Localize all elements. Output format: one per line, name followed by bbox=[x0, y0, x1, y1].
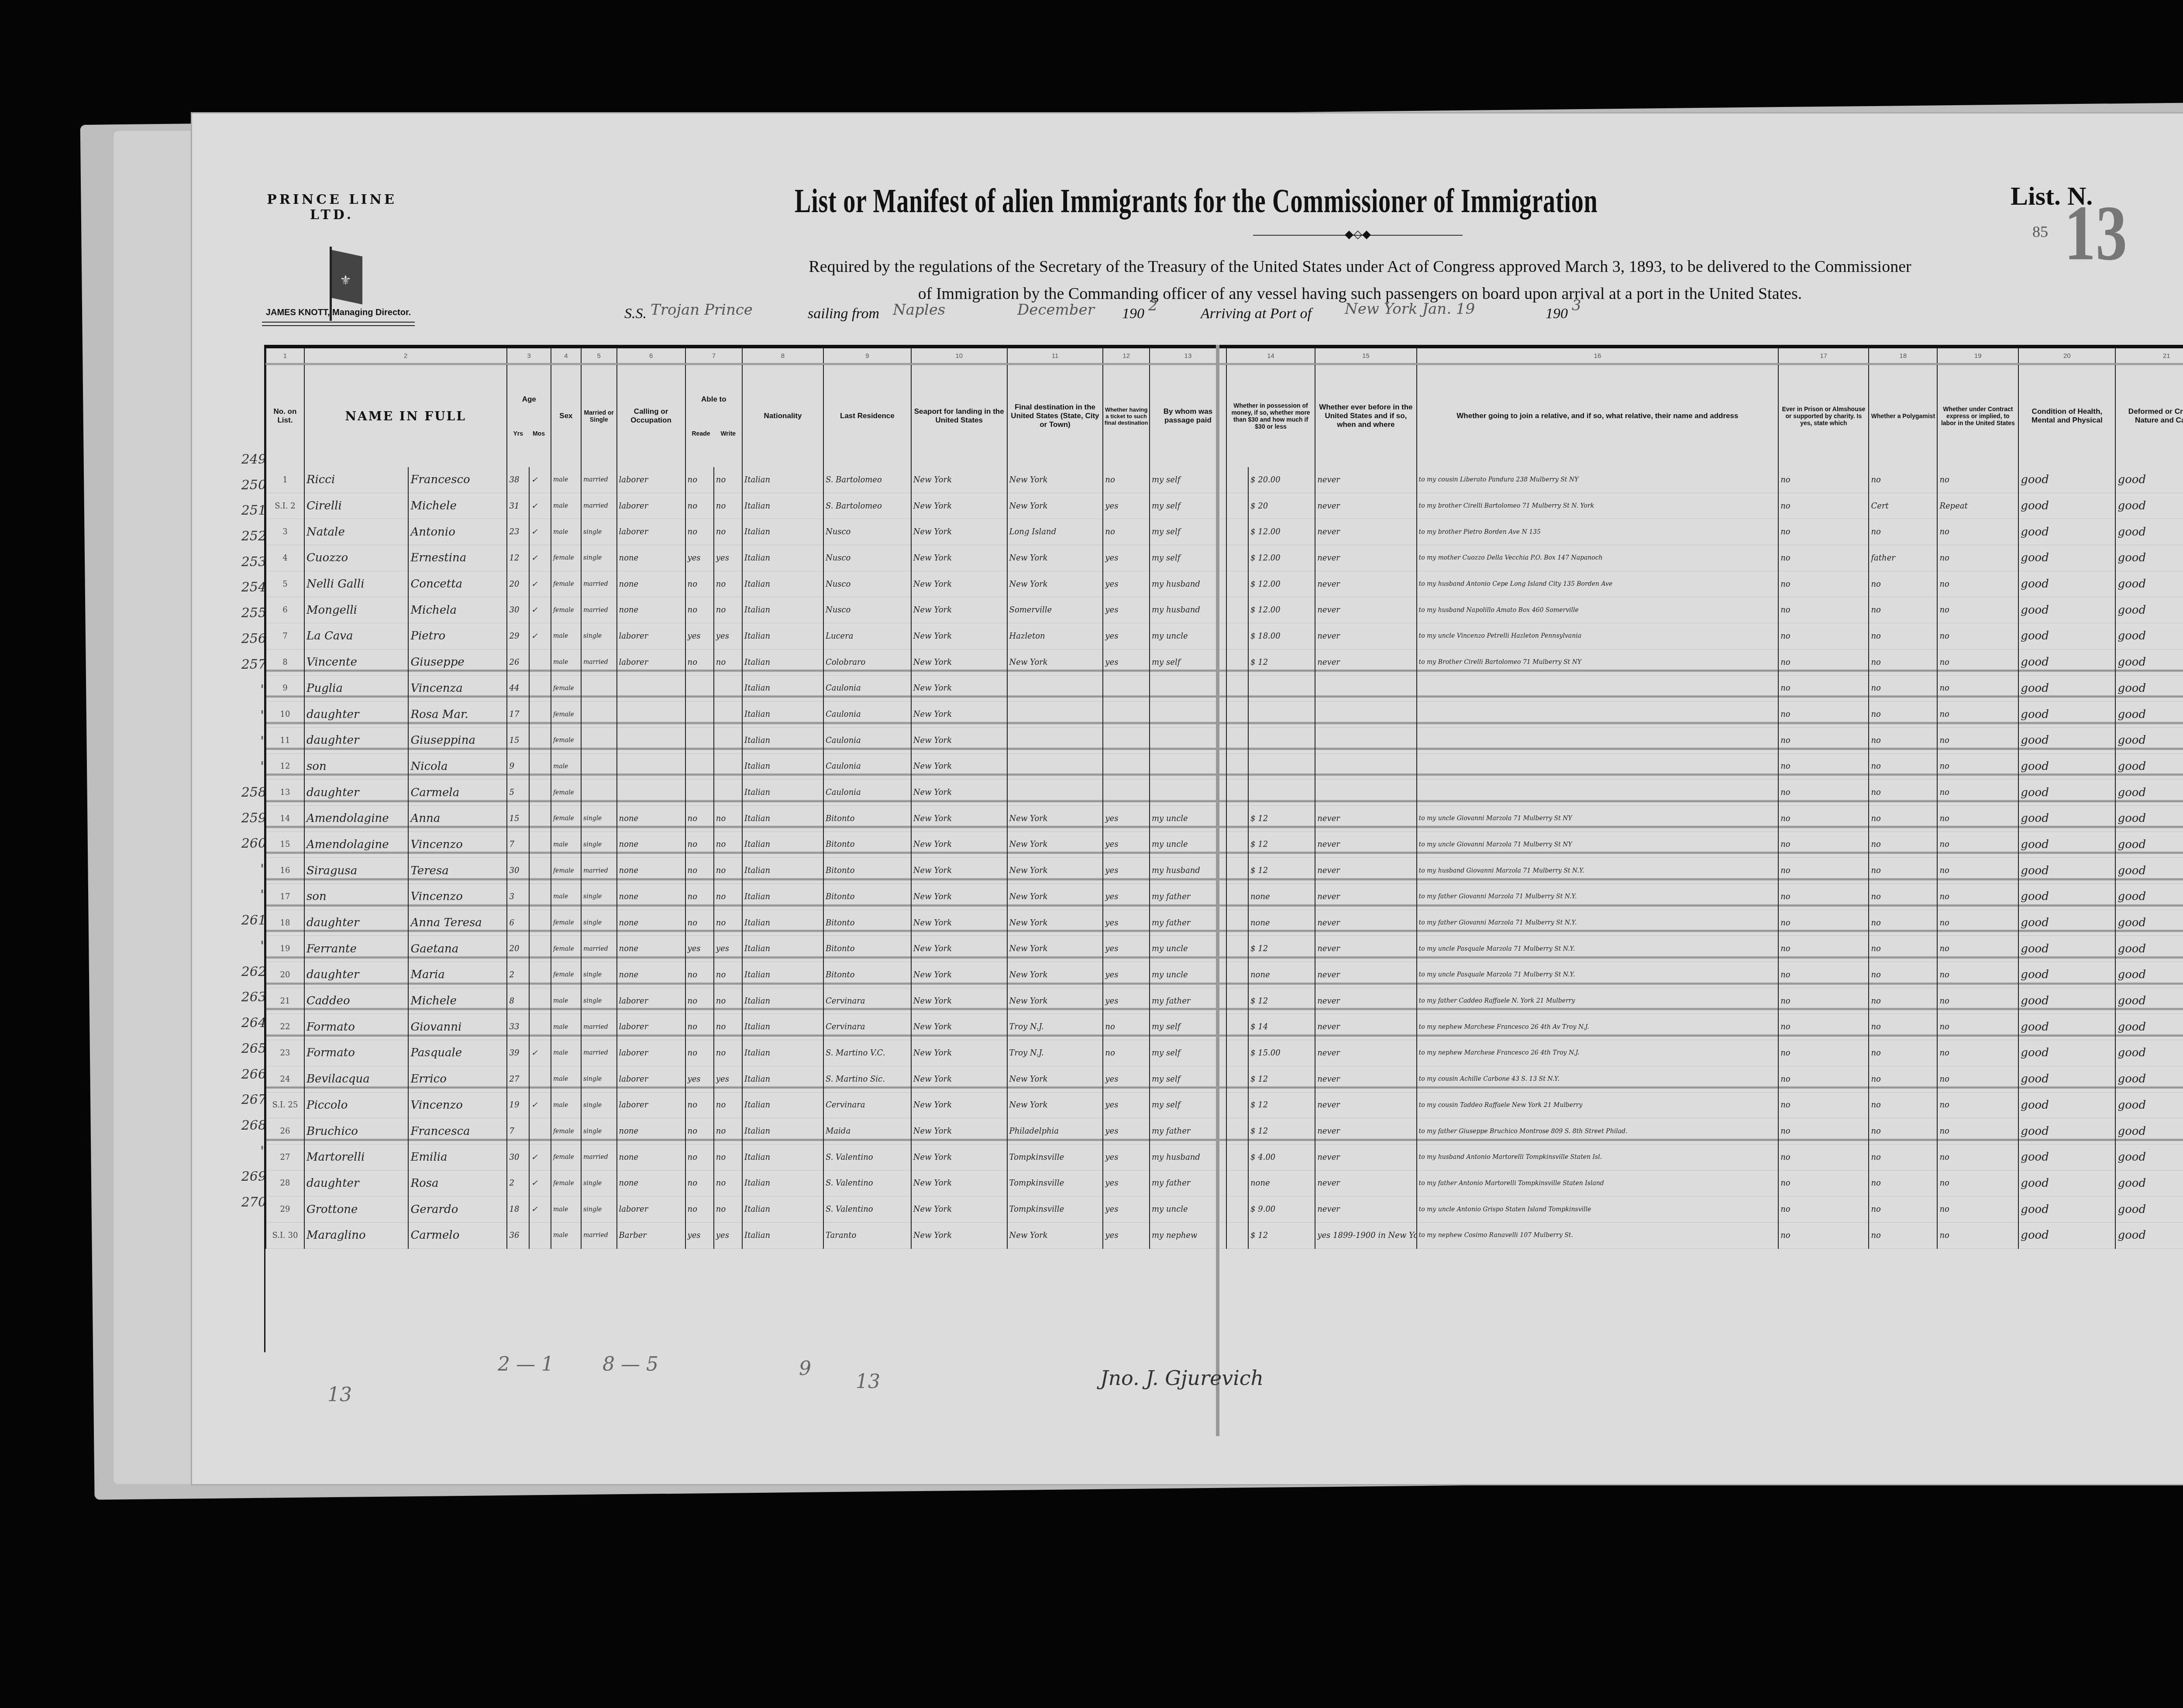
column-number: 7 bbox=[685, 348, 743, 364]
cell-money: none bbox=[1248, 1170, 1315, 1196]
margin-record-number: 249 bbox=[205, 452, 266, 478]
cell-res: Nusco bbox=[823, 571, 911, 597]
cell-mos: ✓ bbox=[529, 1144, 551, 1170]
cell-no: S.I. 2 bbox=[266, 493, 304, 519]
cell-health: good bbox=[2018, 597, 2115, 623]
cell-write bbox=[714, 780, 742, 806]
cell-res: S. Valentino bbox=[823, 1144, 911, 1170]
cell-sex: female bbox=[551, 727, 581, 753]
cell-relative: to my uncle Giovanni Marzola 71 Mulberry… bbox=[1417, 805, 1779, 832]
arrival-year-prefix: 190 bbox=[1546, 306, 1568, 322]
cell-mos bbox=[529, 701, 551, 728]
cell-port: New York bbox=[911, 1092, 1007, 1118]
cell-ms: single bbox=[581, 1170, 617, 1196]
tally-nationality: 13 bbox=[856, 1371, 880, 1393]
cell-nat: Italian bbox=[742, 1196, 823, 1223]
cell-before: never bbox=[1315, 493, 1416, 519]
sailing-port: Naples bbox=[893, 301, 945, 319]
table-row: 7La CavaPietro29✓malesinglelaboreryesyes… bbox=[266, 623, 2183, 650]
cell-surname: Cuozzo bbox=[304, 545, 409, 571]
cell-dollar bbox=[1226, 493, 1248, 519]
cell-ms: married bbox=[581, 571, 617, 597]
cell-yrs: 9 bbox=[507, 753, 529, 780]
cell-ms: single bbox=[581, 832, 617, 858]
table-row: 5Nelli GalliConcetta20✓femalemarriednone… bbox=[266, 571, 2183, 597]
cell-money: $ 12 bbox=[1248, 805, 1315, 832]
cell-occ: none bbox=[617, 805, 685, 832]
cell-dest: New York bbox=[1007, 910, 1103, 936]
table-row: S.I. 25PiccoloVincenzo19✓malesinglelabor… bbox=[266, 1092, 2183, 1118]
document-title: List or Manifest of alien Immigrants for… bbox=[795, 181, 1580, 220]
cell-port: New York bbox=[911, 910, 1007, 936]
cell-ms: single bbox=[581, 962, 617, 988]
cell-port: New York bbox=[911, 832, 1007, 858]
header-final-destination: Final destination in the United States (… bbox=[1007, 364, 1103, 467]
cell-poly: no bbox=[1869, 858, 1937, 884]
table-row: 28daughterRosa2✓femalesinglenonenonoItal… bbox=[266, 1170, 2183, 1196]
cell-before: never bbox=[1315, 858, 1416, 884]
cell-poly: no bbox=[1869, 884, 1937, 910]
cell-write bbox=[714, 675, 742, 701]
cell-contract: no bbox=[1937, 1144, 2018, 1170]
cell-before: never bbox=[1315, 1066, 1416, 1092]
cell-occ: laborer bbox=[617, 623, 685, 650]
cell-write: no bbox=[714, 1092, 742, 1118]
list-subnumber: 85 bbox=[2032, 223, 2048, 241]
cell-surname: Piccolo bbox=[304, 1092, 409, 1118]
cell-ticket: no bbox=[1103, 519, 1150, 545]
cell-no: 20 bbox=[266, 962, 304, 988]
cell-prison: no bbox=[1778, 1092, 1869, 1118]
cell-read: yes bbox=[685, 545, 714, 571]
cell-read: yes bbox=[685, 1222, 714, 1248]
cell-ms: married bbox=[581, 649, 617, 675]
cell-sex: female bbox=[551, 1118, 581, 1144]
cell-read: yes bbox=[685, 1066, 714, 1092]
cell-money bbox=[1248, 780, 1315, 806]
cell-res: Bitonto bbox=[823, 832, 911, 858]
cell-money: $ 15.00 bbox=[1248, 1040, 1315, 1066]
cell-poly: no bbox=[1869, 780, 1937, 806]
cell-contract: no bbox=[1937, 1170, 2018, 1196]
cell-deformed: good bbox=[2115, 727, 2183, 753]
cell-ticket: yes bbox=[1103, 1170, 1150, 1196]
margin-record-number: " bbox=[205, 759, 266, 785]
cell-paid: my nephew bbox=[1150, 1222, 1226, 1248]
header-read: Reade bbox=[692, 430, 710, 437]
cell-yrs: 38 bbox=[507, 467, 529, 493]
cell-deformed: good bbox=[2115, 884, 2183, 910]
cell-money: $ 4.00 bbox=[1248, 1144, 1315, 1170]
cell-surname: Mongelli bbox=[304, 597, 409, 623]
header-age-mos: Mos bbox=[533, 430, 545, 437]
cell-nat: Italian bbox=[742, 649, 823, 675]
cell-health: good bbox=[2018, 727, 2115, 753]
cell-surname: Nelli Galli bbox=[304, 571, 409, 597]
cell-dollar bbox=[1226, 1118, 1248, 1144]
cell-money: $ 12 bbox=[1248, 1092, 1315, 1118]
margin-record-number: " bbox=[205, 862, 266, 887]
cell-nat: Italian bbox=[742, 910, 823, 936]
cell-no: 4 bbox=[266, 545, 304, 571]
cell-port: New York bbox=[911, 1144, 1007, 1170]
cell-money: $ 12 bbox=[1248, 988, 1315, 1014]
margin-record-number: " bbox=[205, 708, 266, 734]
cell-yrs: 20 bbox=[507, 936, 529, 962]
cell-nat: Italian bbox=[742, 805, 823, 832]
cell-given: Errico bbox=[408, 1066, 507, 1092]
margin-record-number: 254 bbox=[205, 580, 266, 605]
cell-ms: married bbox=[581, 467, 617, 493]
cell-ticket: yes bbox=[1103, 545, 1150, 571]
cell-prison: no bbox=[1778, 1118, 1869, 1144]
cell-relative: to my uncle Antonio Grispo Staten Island… bbox=[1417, 1196, 1779, 1223]
cell-paid: my uncle bbox=[1150, 962, 1226, 988]
cell-surname: daughter bbox=[304, 701, 409, 728]
cell-mos bbox=[529, 1014, 551, 1040]
cell-no: 10 bbox=[266, 701, 304, 728]
cell-no: 3 bbox=[266, 519, 304, 545]
cell-given: Anna Teresa bbox=[408, 910, 507, 936]
cell-no: 6 bbox=[266, 597, 304, 623]
cell-deformed: good bbox=[2115, 623, 2183, 650]
cell-dollar bbox=[1226, 1222, 1248, 1248]
cell-ticket: yes bbox=[1103, 597, 1150, 623]
cell-prison: no bbox=[1778, 1014, 1869, 1040]
cell-read bbox=[685, 701, 714, 728]
cell-dest: New York bbox=[1007, 832, 1103, 858]
cell-read: no bbox=[685, 571, 714, 597]
table-row: 17sonVincenzo3malesinglenonenonoItalianB… bbox=[266, 884, 2183, 910]
cell-contract: no bbox=[1937, 805, 2018, 832]
cell-relative: to my nephew Cosimo Ranavelli 107 Mulber… bbox=[1417, 1222, 1779, 1248]
cell-health: good bbox=[2018, 1092, 2115, 1118]
cell-poly: no bbox=[1869, 962, 1937, 988]
cell-port: New York bbox=[911, 1170, 1007, 1196]
cell-res: Caulonia bbox=[823, 701, 911, 728]
cell-surname: Cirelli bbox=[304, 493, 409, 519]
cell-poly: no bbox=[1869, 753, 1937, 780]
cell-health: good bbox=[2018, 805, 2115, 832]
cell-nat: Italian bbox=[742, 571, 823, 597]
cell-paid: my father bbox=[1150, 910, 1226, 936]
header-name-in-full: NAME IN FULL bbox=[304, 364, 507, 467]
cell-res: Bitonto bbox=[823, 858, 911, 884]
column-number: 1 bbox=[266, 348, 304, 364]
cell-before: never bbox=[1315, 623, 1416, 650]
cell-res: Bitonto bbox=[823, 910, 911, 936]
cell-given: Concetta bbox=[408, 571, 507, 597]
header-able-to-label: Able to bbox=[687, 395, 741, 404]
cell-contract: no bbox=[1937, 1040, 2018, 1066]
cell-occ bbox=[617, 675, 685, 701]
cell-deformed: good bbox=[2115, 753, 2183, 780]
cell-before: never bbox=[1315, 649, 1416, 675]
cell-poly: no bbox=[1869, 910, 1937, 936]
tally-age: 2 — 1 bbox=[498, 1353, 554, 1375]
cell-occ: none bbox=[617, 858, 685, 884]
cell-given: Giovanni bbox=[408, 1014, 507, 1040]
cell-dollar bbox=[1226, 675, 1248, 701]
column-number: 8 bbox=[742, 348, 823, 364]
cell-occ: laborer bbox=[617, 493, 685, 519]
cell-no: 21 bbox=[266, 988, 304, 1014]
cell-money: $ 12 bbox=[1248, 1066, 1315, 1092]
cell-sex: female bbox=[551, 962, 581, 988]
cell-no: 7 bbox=[266, 623, 304, 650]
cell-dest bbox=[1007, 780, 1103, 806]
cell-read: no bbox=[685, 858, 714, 884]
margin-record-number: 250 bbox=[205, 478, 266, 503]
cell-nat: Italian bbox=[742, 988, 823, 1014]
cell-surname: son bbox=[304, 884, 409, 910]
cell-port: New York bbox=[911, 545, 1007, 571]
cell-paid: my self bbox=[1150, 519, 1226, 545]
cell-deformed: good bbox=[2115, 858, 2183, 884]
arrival-port-date: New York Jan. 19 bbox=[1345, 300, 1475, 318]
table-row: S.I. 2CirelliMichele31✓malemarriedlabore… bbox=[266, 493, 2183, 519]
cell-dollar bbox=[1226, 805, 1248, 832]
cell-relative: to my Brother Cirelli Bartolomeo 71 Mulb… bbox=[1417, 649, 1779, 675]
cell-prison: no bbox=[1778, 1222, 1869, 1248]
cell-paid: my self bbox=[1150, 1092, 1226, 1118]
header-married-single: Married or Single bbox=[581, 364, 617, 467]
cell-write: no bbox=[714, 1170, 742, 1196]
cell-dest bbox=[1007, 701, 1103, 728]
cell-paid: my self bbox=[1150, 1066, 1226, 1092]
cell-res: Bitonto bbox=[823, 884, 911, 910]
cell-money: $ 12.00 bbox=[1248, 545, 1315, 571]
cell-mos bbox=[529, 858, 551, 884]
cell-ticket: yes bbox=[1103, 1144, 1150, 1170]
cell-money: $ 20.00 bbox=[1248, 467, 1315, 493]
margin-record-number: " bbox=[205, 1144, 266, 1169]
cell-before: never bbox=[1315, 910, 1416, 936]
cell-deformed: good bbox=[2115, 962, 2183, 988]
cell-paid: my father bbox=[1150, 988, 1226, 1014]
cell-ms: single bbox=[581, 1118, 617, 1144]
header-prison: Ever in Prison or Almshouse or supported… bbox=[1778, 364, 1869, 467]
cell-yrs: 5 bbox=[507, 780, 529, 806]
cell-sex: female bbox=[551, 858, 581, 884]
cell-relative: to my uncle Pasquale Marzola 71 Mulberry… bbox=[1417, 936, 1779, 962]
cell-nat: Italian bbox=[742, 623, 823, 650]
cell-before: never bbox=[1315, 571, 1416, 597]
cell-money bbox=[1248, 753, 1315, 780]
cell-surname: Puglia bbox=[304, 675, 409, 701]
cell-sex: female bbox=[551, 780, 581, 806]
cell-dollar bbox=[1226, 623, 1248, 650]
cell-given: Pietro bbox=[408, 623, 507, 650]
passenger-rows: 1RicciFrancesco38✓malemarriedlaborernono… bbox=[266, 467, 2183, 1248]
cell-paid bbox=[1150, 753, 1226, 780]
cell-poly: no bbox=[1869, 1092, 1937, 1118]
margin-record-number: 270 bbox=[205, 1195, 266, 1220]
cell-write: yes bbox=[714, 623, 742, 650]
cell-res: S. Bartolomeo bbox=[823, 493, 911, 519]
cell-deformed: good bbox=[2115, 910, 2183, 936]
cell-nat: Italian bbox=[742, 467, 823, 493]
table-row: 14AmendolagineAnna15femalesinglenonenono… bbox=[266, 805, 2183, 832]
cell-surname: Bevilacqua bbox=[304, 1066, 409, 1092]
cell-poly: no bbox=[1869, 1118, 1937, 1144]
cell-nat: Italian bbox=[742, 1014, 823, 1040]
cell-paid bbox=[1150, 780, 1226, 806]
cell-surname: Caddeo bbox=[304, 988, 409, 1014]
cell-nat: Italian bbox=[742, 727, 823, 753]
table-row: 21CaddeoMichele8malesinglelaborernonoIta… bbox=[266, 988, 2183, 1014]
table-row: 9PugliaVincenza44femaleItalianCauloniaNe… bbox=[266, 675, 2183, 701]
cell-no: 22 bbox=[266, 1014, 304, 1040]
cell-yrs: 27 bbox=[507, 1066, 529, 1092]
cell-read bbox=[685, 675, 714, 701]
cell-contract: no bbox=[1937, 910, 2018, 936]
cell-health: good bbox=[2018, 910, 2115, 936]
cell-prison: no bbox=[1778, 780, 1869, 806]
cell-yrs: 7 bbox=[507, 832, 529, 858]
cell-write bbox=[714, 753, 742, 780]
cell-dest: Tompkinsville bbox=[1007, 1196, 1103, 1223]
cell-sex: female bbox=[551, 597, 581, 623]
cell-ticket: yes bbox=[1103, 1222, 1150, 1248]
cell-ticket: yes bbox=[1103, 884, 1150, 910]
cell-read: no bbox=[685, 988, 714, 1014]
header-nationality: Nationality bbox=[742, 364, 823, 467]
tally-left: 13 bbox=[327, 1384, 352, 1406]
cell-ticket: no bbox=[1103, 1014, 1150, 1040]
cell-paid: my uncle bbox=[1150, 805, 1226, 832]
cell-ticket bbox=[1103, 727, 1150, 753]
cell-money: $ 20 bbox=[1248, 493, 1315, 519]
cell-dest: Tompkinsville bbox=[1007, 1144, 1103, 1170]
cell-mos bbox=[529, 727, 551, 753]
cell-occ: none bbox=[617, 1118, 685, 1144]
cell-before: never bbox=[1315, 936, 1416, 962]
cell-read: no bbox=[685, 467, 714, 493]
cell-ticket bbox=[1103, 675, 1150, 701]
cell-health: good bbox=[2018, 1040, 2115, 1066]
cell-dollar bbox=[1226, 1014, 1248, 1040]
table-row: 23FormatoPasquale39✓malemarriedlaborerno… bbox=[266, 1040, 2183, 1066]
cell-dollar bbox=[1226, 1066, 1248, 1092]
cell-dollar bbox=[1226, 1092, 1248, 1118]
cell-surname: Natale bbox=[304, 519, 409, 545]
cell-surname: Martorelli bbox=[304, 1144, 409, 1170]
cell-yrs: 33 bbox=[507, 1014, 529, 1040]
page-fold bbox=[1216, 345, 1219, 1436]
table-row: 10daughterRosa Mar.17femaleItalianCaulon… bbox=[266, 701, 2183, 728]
cell-prison: no bbox=[1778, 493, 1869, 519]
column-number: 21 bbox=[2115, 348, 2183, 364]
margin-record-number: " bbox=[205, 734, 266, 759]
cell-occ: none bbox=[617, 910, 685, 936]
cell-paid: my uncle bbox=[1150, 832, 1226, 858]
cell-prison: no bbox=[1778, 1066, 1869, 1092]
signature: Jno. J. Gjurevich bbox=[1100, 1366, 1264, 1390]
cell-health: good bbox=[2018, 467, 2115, 493]
cell-ticket: no bbox=[1103, 467, 1150, 493]
cell-mos: ✓ bbox=[529, 1040, 551, 1066]
cell-dest: Hazleton bbox=[1007, 623, 1103, 650]
cell-contract: no bbox=[1937, 675, 2018, 701]
cell-occ: none bbox=[617, 1170, 685, 1196]
cell-paid: my self bbox=[1150, 467, 1226, 493]
cell-relative bbox=[1417, 780, 1779, 806]
cell-ms: married bbox=[581, 1040, 617, 1066]
table-row: 12sonNicola9maleItalianCauloniaNew Yorkn… bbox=[266, 753, 2183, 780]
cell-health: good bbox=[2018, 858, 2115, 884]
cell-res: S. Valentino bbox=[823, 1196, 911, 1223]
table-row: 27MartorelliEmilia30✓femalemarriednoneno… bbox=[266, 1144, 2183, 1170]
cell-nat: Italian bbox=[742, 1066, 823, 1092]
column-number: 10 bbox=[911, 348, 1007, 364]
header-ticket: Whether having a ticket to such final de… bbox=[1103, 364, 1150, 467]
cell-health: good bbox=[2018, 1196, 2115, 1223]
table-row: 22FormatoGiovanni33malemarriedlaborernon… bbox=[266, 1014, 2183, 1040]
cell-yrs: 23 bbox=[507, 519, 529, 545]
cell-prison: no bbox=[1778, 936, 1869, 962]
cell-surname: La Cava bbox=[304, 623, 409, 650]
cell-occ: none bbox=[617, 571, 685, 597]
cell-ms bbox=[581, 701, 617, 728]
header-contract: Whether under Contract express or implie… bbox=[1937, 364, 2018, 467]
cell-dest: Tompkinsville bbox=[1007, 1170, 1103, 1196]
cell-port: New York bbox=[911, 936, 1007, 962]
cell-health: good bbox=[2018, 753, 2115, 780]
cell-no: 8 bbox=[266, 649, 304, 675]
cell-given: Vincenza bbox=[408, 675, 507, 701]
margin-record-number: " bbox=[205, 682, 266, 708]
cell-poly: no bbox=[1869, 467, 1937, 493]
cell-paid: my uncle bbox=[1150, 623, 1226, 650]
cell-given: Rosa Mar. bbox=[408, 701, 507, 728]
cell-ms: married bbox=[581, 1144, 617, 1170]
cell-read: no bbox=[685, 910, 714, 936]
cell-relative: to my father Giuseppe Bruchico Montrose … bbox=[1417, 1118, 1779, 1144]
cell-health: good bbox=[2018, 519, 2115, 545]
cell-ticket bbox=[1103, 753, 1150, 780]
cell-dest: Philadelphia bbox=[1007, 1118, 1103, 1144]
cell-ticket: no bbox=[1103, 1040, 1150, 1066]
cell-before bbox=[1315, 780, 1416, 806]
cell-ticket: yes bbox=[1103, 858, 1150, 884]
cell-write: yes bbox=[714, 545, 742, 571]
cell-sex: male bbox=[551, 884, 581, 910]
cell-read: no bbox=[685, 1092, 714, 1118]
cell-port: New York bbox=[911, 1196, 1007, 1223]
cell-dest: New York bbox=[1007, 805, 1103, 832]
cell-ms: single bbox=[581, 988, 617, 1014]
cell-contract: no bbox=[1937, 467, 2018, 493]
cell-occ: none bbox=[617, 1144, 685, 1170]
manifest-table: 1 2 3 4 5 6 7 8 9 10 11 12 13 14 15 16 1… bbox=[264, 345, 2183, 1352]
cell-write: no bbox=[714, 1040, 742, 1066]
cell-write: no bbox=[714, 1014, 742, 1040]
cell-dest: New York bbox=[1007, 571, 1103, 597]
cell-before: never bbox=[1315, 1170, 1416, 1196]
sailing-label: sailing from bbox=[808, 306, 879, 322]
cell-read: no bbox=[685, 493, 714, 519]
cell-no: 15 bbox=[266, 832, 304, 858]
cell-contract: no bbox=[1937, 1118, 2018, 1144]
cell-nat: Italian bbox=[742, 884, 823, 910]
cell-money: none bbox=[1248, 962, 1315, 988]
cell-mos: ✓ bbox=[529, 519, 551, 545]
cell-contract: no bbox=[1937, 936, 2018, 962]
cell-no: 18 bbox=[266, 910, 304, 936]
cell-res: Nusco bbox=[823, 597, 911, 623]
column-number: 18 bbox=[1869, 348, 1937, 364]
